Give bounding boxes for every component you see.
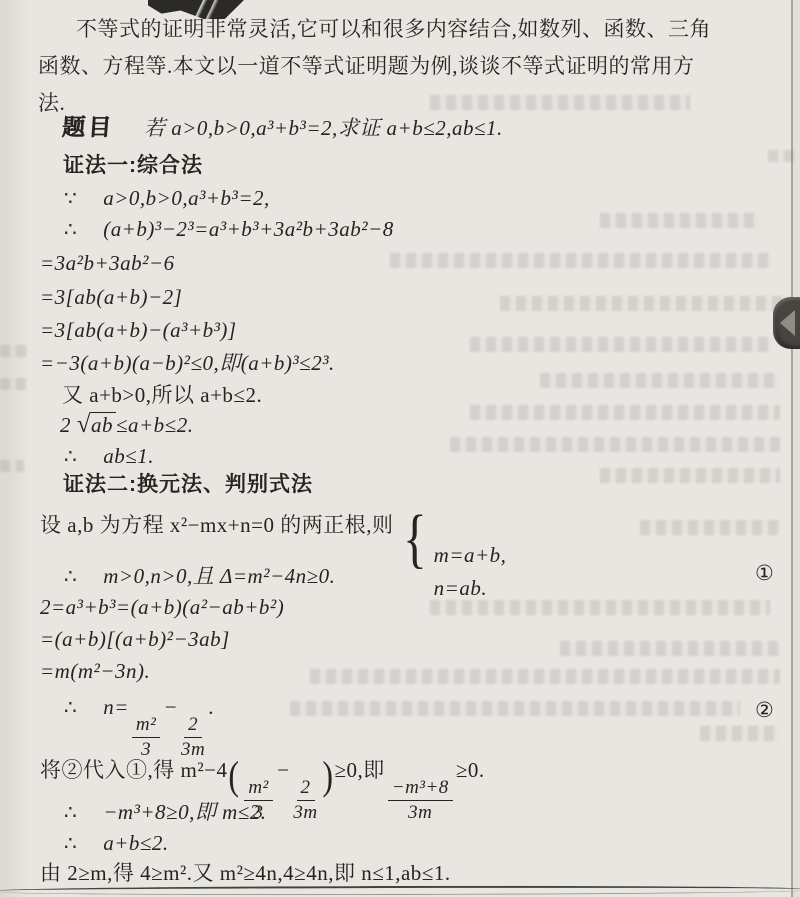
- period: .: [208, 695, 214, 719]
- operator: −: [276, 758, 291, 782]
- intro-line: 函数、方程等.本文以一道不等式证明题为例,谈谈不等式证明的常用方: [38, 51, 695, 81]
- ghost-text-smudge: [470, 405, 780, 420]
- numerator: −m³+8: [388, 777, 453, 801]
- formula-text: ≥0,即: [334, 758, 384, 782]
- ghost-text-smudge: [290, 701, 740, 716]
- intro-line: 不等式的证明非常灵活,它可以和很多内容结合,如数列、函数、三角: [76, 14, 711, 44]
- ghost-text-smudge: [0, 378, 26, 390]
- page-edge-line: [791, 0, 793, 897]
- ghost-text-smudge: [500, 296, 790, 311]
- formula-text: (a+b)³−2³=a³+b³+3a²b+3ab²−8: [103, 217, 393, 241]
- formula-text: ≤a+b≤2.: [116, 413, 193, 437]
- ghost-text-smudge: [600, 213, 760, 228]
- formula-line: ∴(a+b)³−2³=a³+b³+3a²b+3ab²−8: [64, 214, 394, 245]
- ghost-text-smudge: [470, 337, 770, 352]
- formula-text: ≥0.: [456, 758, 485, 782]
- problem-label: 题目: [61, 112, 115, 142]
- denominator: 3m: [293, 801, 317, 824]
- ghost-text-smudge: [560, 641, 780, 656]
- therefore-symbol: ∴: [64, 215, 77, 245]
- formula-line: =3[ab(a+b)−(a³+b³)]: [40, 315, 237, 345]
- therefore-symbol: ∴: [64, 829, 77, 859]
- ghost-text-smudge: [700, 726, 780, 741]
- setup-text: 设 a,b 为方程 x²−mx+n=0 的两正根,则: [40, 513, 393, 537]
- numerator: m²: [132, 714, 160, 738]
- formula-text: −m³+8≥0,即 m≤2.: [103, 800, 266, 824]
- fraction-line: ∴n=m²3−23m.: [64, 692, 214, 761]
- formula-line: ∵a>0,b>0,a³+b³=2,: [64, 183, 270, 214]
- formula-line: 2=a³+b³=(a+b)(a²−ab+b²): [40, 592, 284, 622]
- ghost-text-smudge: [640, 520, 780, 535]
- ghost-text-smudge: [450, 437, 780, 452]
- ghost-text-smudge: [0, 345, 28, 357]
- radicand: ab: [90, 412, 116, 437]
- equation-number-1: ①: [755, 561, 774, 586]
- problem-statement: 若 a>0,b>0,a³+b³=2,求证 a+b≤2,ab≤1.: [144, 116, 503, 140]
- denominator: 3m: [408, 801, 432, 824]
- scan-artifact-blob: [773, 297, 800, 349]
- formula-line: ∴−m³+8≥0,即 m≤2.: [64, 797, 267, 828]
- because-symbol: ∵: [64, 184, 77, 214]
- ghost-text-smudge: [430, 95, 690, 110]
- ghost-text-smudge: [390, 253, 770, 268]
- method1-heading: 证法一:综合法: [63, 151, 203, 181]
- formula-text: n=: [103, 695, 129, 719]
- ghost-text-smudge: [310, 669, 780, 684]
- ghost-text-smudge: [0, 460, 24, 472]
- case-1: m=a+b,: [434, 544, 507, 567]
- formula-line: ∴a+b≤2.: [64, 828, 169, 859]
- equation-number-2: ②: [755, 698, 774, 723]
- numerator: 2: [184, 714, 202, 738]
- formula-text: ab≤1.: [103, 444, 154, 468]
- fraction: −m³+83m: [388, 777, 453, 824]
- formula-line: =m(m²−3n).: [40, 656, 150, 686]
- ghost-text-smudge: [540, 373, 780, 388]
- ghost-text-smudge: [430, 600, 770, 615]
- fraction: 23m: [181, 714, 205, 761]
- formula-line: =3[ab(a+b)−2]: [40, 282, 182, 312]
- formula-text: a+b≤2.: [103, 831, 168, 855]
- therefore-symbol: ∴: [64, 798, 77, 828]
- formula-line: ∴ab≤1.: [64, 441, 154, 472]
- fraction: 23m: [293, 777, 317, 824]
- sqrt-icon: √: [77, 411, 91, 438]
- formula-line: =(a+b)[(a+b)²−3ab]: [40, 624, 230, 654]
- fraction: m²3: [132, 714, 160, 761]
- page-edge-strip: [793, 0, 800, 897]
- left-triangle-icon: [780, 310, 795, 336]
- right-paren: ): [322, 761, 333, 791]
- method2-heading: 证法二:换元法、判别式法: [63, 470, 313, 500]
- formula-line: =3a²b+3ab²−6: [40, 248, 175, 278]
- formula-line: 2 √ab≤a+b≤2.: [60, 410, 193, 440]
- case-2: n=ab.: [434, 577, 507, 600]
- therefore-symbol: ∴: [64, 693, 77, 723]
- therefore-symbol: ∴: [64, 442, 77, 472]
- formula-line: 又 a+b>0,所以 a+b≤2.: [62, 380, 262, 410]
- formula-line: =−3(a+b)(a−b)²≤0,即(a+b)³≤2³.: [40, 348, 335, 378]
- operator: −: [163, 695, 178, 719]
- formula-text: m>0,n>0,且 Δ=m²−4n≥0.: [103, 564, 335, 588]
- therefore-symbol: ∴: [64, 562, 77, 592]
- formula-text: a>0,b>0,a³+b³=2,: [103, 186, 270, 210]
- scanned-textbook-page: 不等式的证明非常灵活,它可以和很多内容结合,如数列、函数、三角 函数、方程等.本…: [0, 0, 800, 897]
- formula-text: 将②代入①,得 m²−4: [40, 758, 227, 782]
- formula-line: ∴m>0,n>0,且 Δ=m²−4n≥0.: [64, 561, 335, 592]
- left-paren: (: [229, 761, 240, 791]
- problem-line: 题目若 a>0,b>0,a³+b³=2,求证 a+b≤2,ab≤1.: [62, 112, 503, 143]
- coefficient: 2: [60, 413, 77, 437]
- numerator: 2: [297, 777, 315, 801]
- ghost-text-smudge: [600, 468, 780, 483]
- equation-system: m=a+b,n=ab.: [434, 544, 507, 600]
- conclusion-line: 由 2≥m,得 4≥m².又 m²≥4n,4≥4n,即 n≤1,ab≤1.: [40, 858, 451, 888]
